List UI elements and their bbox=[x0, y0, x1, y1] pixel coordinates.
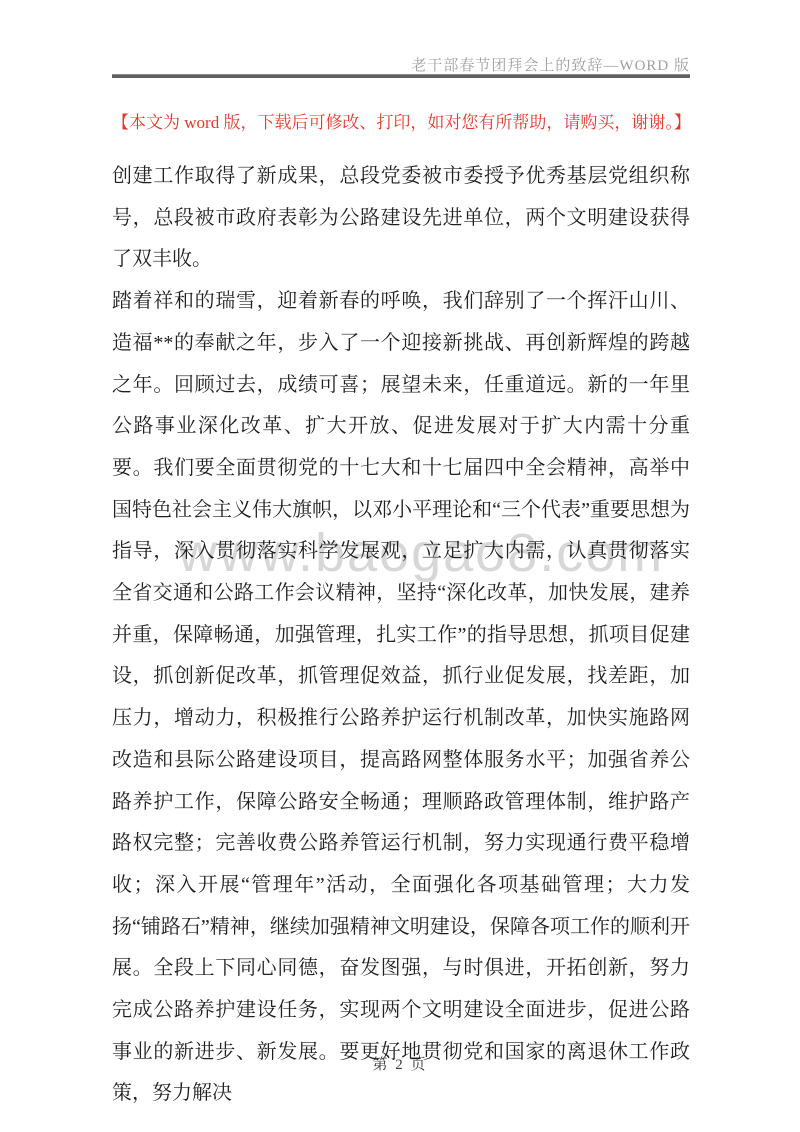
purchase-notice-text: 【本文为 word 版，下载后可修改、打印，如对您有所帮助，请购买，谢谢。】 bbox=[112, 110, 691, 136]
body-paragraph: 创建工作取得了新成果，总段党委被市委授予优秀基层党组织称号，总段被市政府表彰为公… bbox=[112, 156, 690, 281]
purchase-notice: 【本文为 word 版，下载后可修改、打印，如对您有所帮助，请购买，谢谢。】 bbox=[112, 110, 690, 136]
document-page: 老干部春节团拜会上的致辞—WORD 版 【本文为 word 版，下载后可修改、打… bbox=[0, 0, 800, 1132]
header-rule bbox=[112, 74, 690, 78]
header-title: 老干部春节团拜会上的致辞—WORD 版 bbox=[411, 54, 690, 75]
document-body: 创建工作取得了新成果，总段党委被市委授予优秀基层党组织称号，总段被市政府表彰为公… bbox=[112, 156, 690, 1115]
body-paragraph: 踏着祥和的瑞雪，迎着新春的呼唤，我们辞别了一个挥汗山川、造福**的奉献之年，步入… bbox=[112, 281, 690, 1115]
